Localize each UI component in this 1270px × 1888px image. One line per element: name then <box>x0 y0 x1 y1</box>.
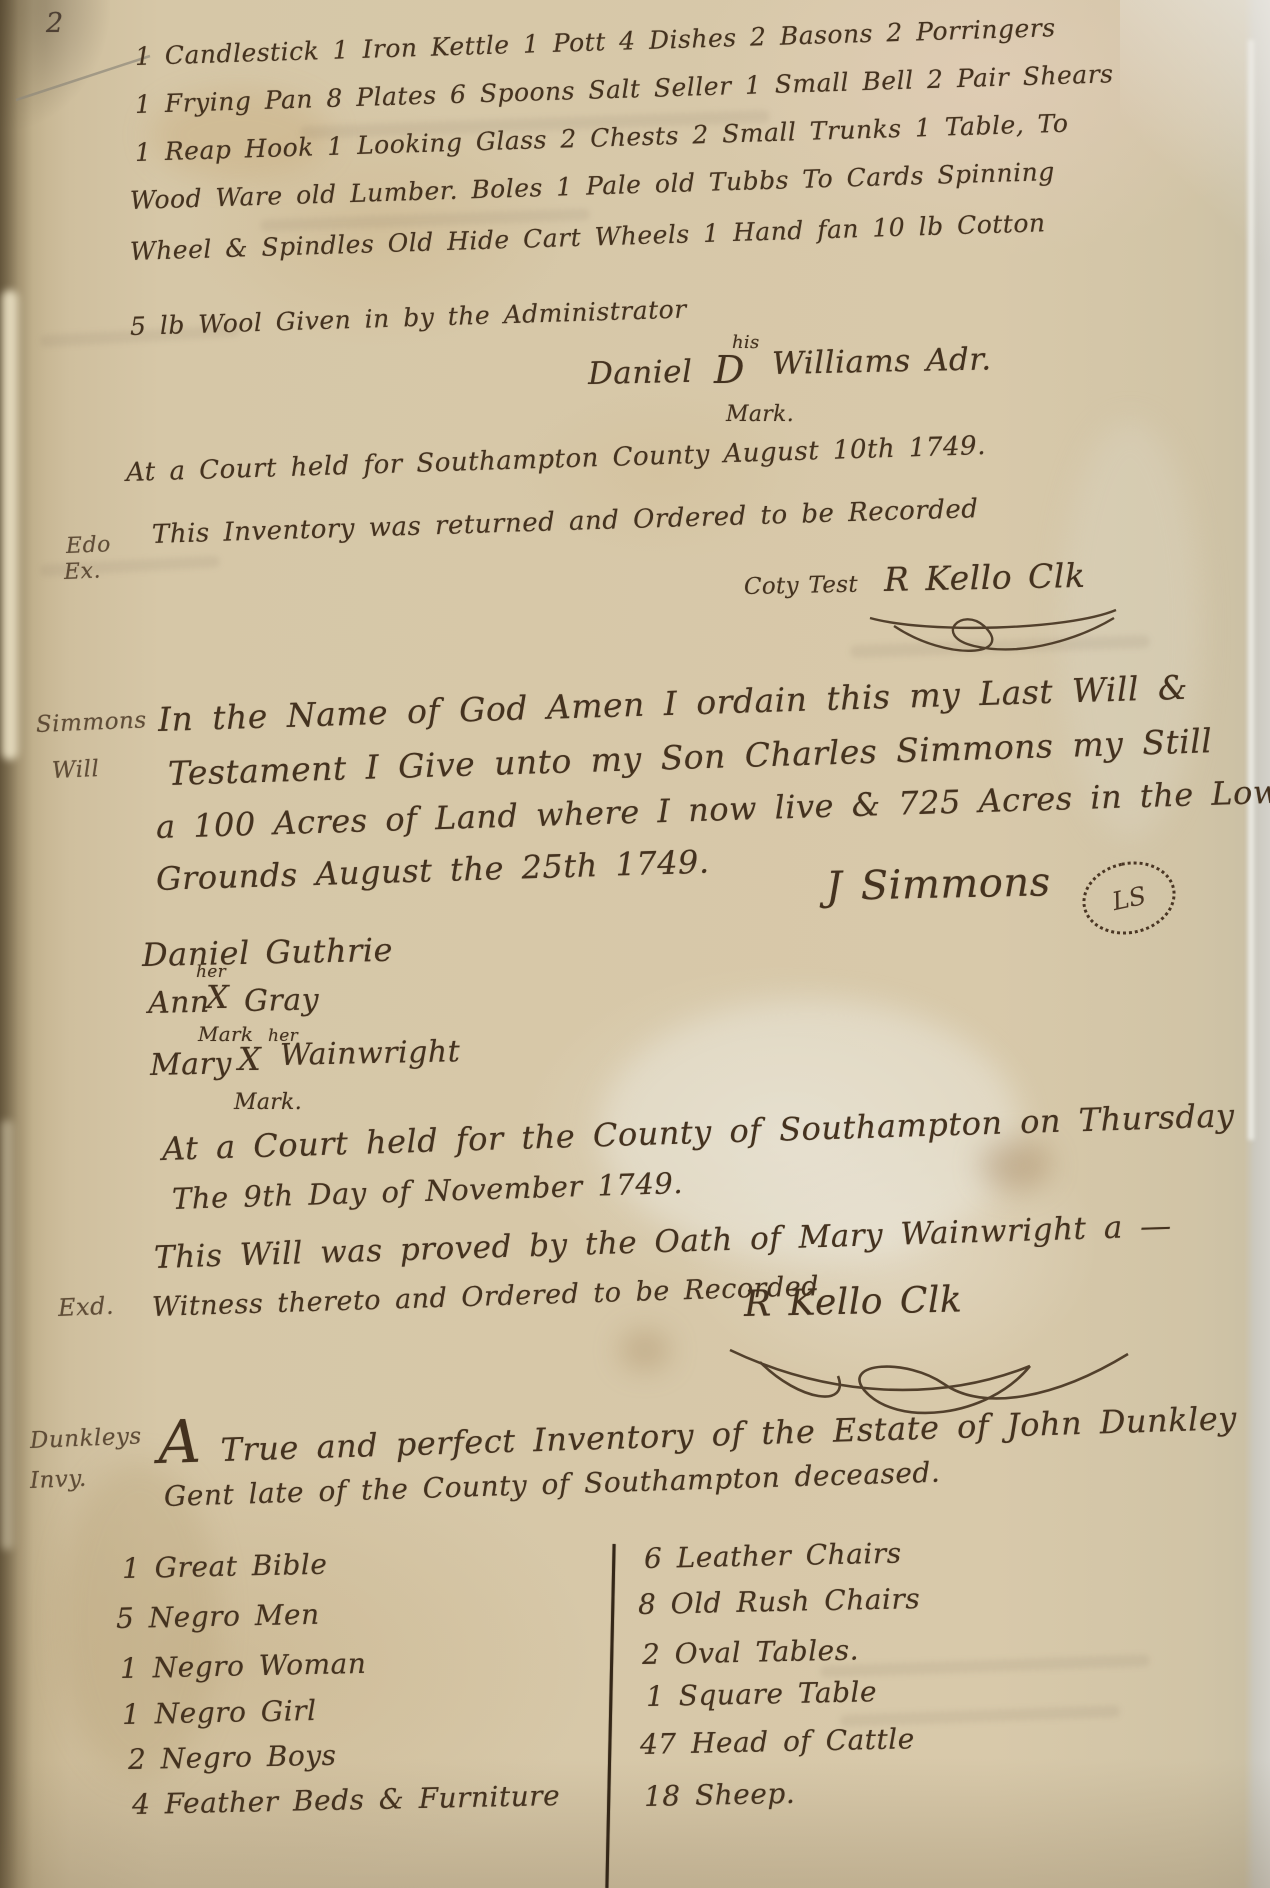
book-spine-edge <box>0 0 46 1888</box>
inventory-item: 47 Head of Cattle <box>640 1722 915 1761</box>
inventory-item: 1 Negro Girl <box>122 1694 317 1731</box>
bottom-shading <box>0 1758 1270 1888</box>
inventory-item: 1 Square Table <box>646 1675 878 1713</box>
inventory-item: 6 Leather Chairs <box>644 1537 902 1575</box>
margin-note-simmons: Simmons <box>35 707 147 738</box>
inventory-line: 1 Candlestick 1 Iron Kettle 1 Pott 4 Dis… <box>135 13 1056 71</box>
margin-note-dunkleys: Dunkleys <box>29 1423 142 1454</box>
attest-abbreviation: Coty Test <box>744 572 858 600</box>
signature-flourish <box>858 604 1128 668</box>
margin-note: Edo <box>65 532 111 559</box>
witness-mark-label: Mark. <box>234 1090 302 1115</box>
stain <box>620 1330 670 1370</box>
will-line: Grounds August the 25th 1749. <box>155 843 710 898</box>
inventory-item: 8 Old Rush Chairs <box>638 1582 921 1621</box>
clerk-signature: R Kello Clk <box>884 556 1086 599</box>
proved-line: Witness thereto and Ordered to be Record… <box>152 1271 820 1323</box>
witness-first-name: Mary <box>150 1046 233 1083</box>
seal-text: LS <box>1109 880 1148 915</box>
wax-seal: LS <box>1076 853 1183 943</box>
inventory-item: 1 Negro Woman <box>120 1647 367 1685</box>
inventory-item: 1 Great Bible <box>122 1548 328 1585</box>
manuscript-page: 2 1 Candlestick 1 Iron Kettle 1 Pott 4 D… <box>0 0 1270 1888</box>
testator-signature: J Simmons <box>826 859 1052 910</box>
witness-last-name: Wainwright <box>280 1034 461 1073</box>
inventory-item: 18 Sheep. <box>644 1777 796 1813</box>
signature-mark-letter: D <box>714 348 745 392</box>
witness-name: Daniel Guthrie <box>142 931 394 974</box>
signature-mark-label: Mark. <box>726 402 794 427</box>
stain <box>980 1140 1050 1190</box>
court-record-line: At a Court held for Southampton County A… <box>126 431 987 488</box>
witness-first-name: Ann <box>148 985 211 1021</box>
page-number: 2 <box>46 8 64 39</box>
inventory-item: 5 Negro Men <box>116 1598 320 1635</box>
margin-note: Exd. <box>57 1292 114 1322</box>
margin-note: Ex. <box>63 558 101 585</box>
margin-note-inventory: Invy. <box>29 1466 87 1494</box>
witness-mark-x: X <box>206 978 229 1016</box>
signer-first-name: Daniel <box>588 354 693 392</box>
margin-note-will: Will <box>51 756 99 784</box>
clerk-signature: R Kello Clk <box>744 1279 963 1325</box>
inventory-item: 2 Negro Boys <box>128 1739 337 1776</box>
page-curl-highlight <box>2 290 18 760</box>
page-curl-highlight <box>1 1120 13 1550</box>
signer-last-name: Williams Adr. <box>772 341 992 382</box>
fold-highlight <box>1120 0 1270 300</box>
inventory-line: 5 lb Wool Given in by the Administrator <box>130 295 688 341</box>
inventory-item: 2 Oval Tables. <box>642 1633 860 1671</box>
inventory-line: 1 Frying Pan 8 Plates 6 Spoons Salt Sell… <box>135 59 1114 119</box>
witness-mark-x: X <box>238 1040 261 1078</box>
bleed-through <box>820 1654 1150 1678</box>
court-record-line: The 9th Day of November 1749. <box>171 1166 683 1216</box>
witness-last-name: Gray <box>244 982 320 1019</box>
inventory-heading: A True and perfect Inventory of the Esta… <box>157 1374 1238 1477</box>
recorded-line: This Inventory was returned and Ordered … <box>152 494 979 550</box>
